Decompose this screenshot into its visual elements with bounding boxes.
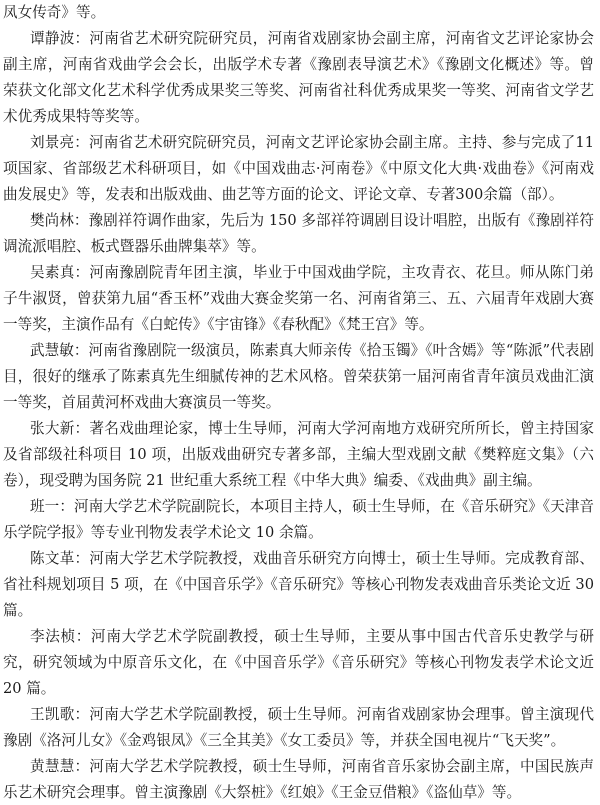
bio-paragraph-tan-jingbo: 谭静波：河南省艺术研究院研究员，河南省戏剧家协会副主席，河南省文艺评论家协会副主… xyxy=(3,26,594,130)
continued-paragraph: 凤女传奇》等。 xyxy=(3,0,594,26)
bio-text: ：河南大学艺术学院副教授，硕士生导师，主要从事中国古代音乐史教学与研究，研究领域… xyxy=(3,628,594,697)
bio-text: ：河南豫剧院青年团主演，毕业于中国戏曲学院，主攻青衣、花旦。师从陈门弟子牛淑贤，… xyxy=(3,264,594,333)
bio-text: ：豫剧祥符调作曲家，先后为 150 多部祥符调剧目设计唱腔，出版有《豫剧祥符调流… xyxy=(3,212,594,255)
bio-name: 刘景亮 xyxy=(30,134,74,151)
bio-paragraph-wu-suzhen: 吴素真：河南豫剧院青年团主演，毕业于中国戏曲学院，主攻青衣、花旦。师从陈门弟子牛… xyxy=(3,260,594,338)
bio-text: ：河南省豫剧院一级演员，陈素真大师亲传《拾玉镯》《叶含嫣》等“陈派”代表剧目，很… xyxy=(3,342,594,411)
bio-name: 樊尚林 xyxy=(30,212,74,229)
bio-name: 黄慧慧 xyxy=(30,758,75,775)
bio-name: 武慧敏 xyxy=(30,342,74,359)
bio-paragraph-wu-huimin: 武慧敏：河南省豫剧院一级演员，陈素真大师亲传《拾玉镯》《叶含嫣》等“陈派”代表剧… xyxy=(3,338,594,416)
bio-name: 班一 xyxy=(30,498,59,515)
bio-name: 李法桢 xyxy=(30,628,76,645)
bio-paragraph-huang-huihui: 黄慧慧：河南大学艺术学院教授，硕士生导师，河南省音乐家协会副主席，中国民族声乐艺… xyxy=(3,754,594,805)
bio-text: ：河南省艺术研究院研究员，河南文艺评论家协会副主席。主持、参与完成了11项国家、… xyxy=(3,134,594,203)
bio-text: ：河南大学艺术学院副院长，本项目主持人，硕士生导师，在《音乐研究》《天津音乐学院… xyxy=(3,498,594,541)
bio-text: ：河南省艺术研究院研究员，河南省戏剧家协会副主席，河南省文艺评论家协会副主席，河… xyxy=(3,30,594,125)
bio-paragraph-zhang-daxin: 张大新：著名戏曲理论家，博士生导师，河南大学河南地方戏研究所所长，曾主持国家及省… xyxy=(3,416,594,494)
bio-paragraph-fan-shanglin: 樊尚林：豫剧祥符调作曲家，先后为 150 多部祥符调剧目设计唱腔，出版有《豫剧祥… xyxy=(3,208,594,260)
bio-name: 谭静波 xyxy=(30,30,75,47)
bio-text: ：著名戏曲理论家，博士生导师，河南大学河南地方戏研究所所长，曾主持国家及省部级社… xyxy=(3,420,594,489)
bio-name: 吴素真 xyxy=(30,264,75,281)
bio-name: 张大新 xyxy=(30,420,75,437)
bio-paragraph-liu-jingliang: 刘景亮：河南省艺术研究院研究员，河南文艺评论家协会副主席。主持、参与完成了11项… xyxy=(3,130,594,208)
bio-text: ：河南大学艺术学院副教授，硕士生导师。河南省戏剧家协会理事。曾主演现代豫剧《洛河… xyxy=(3,706,594,749)
bio-paragraph-li-fazhen: 李法桢：河南大学艺术学院副教授，硕士生导师，主要从事中国古代音乐史教学与研究，研… xyxy=(3,624,594,702)
bio-text: ：河南大学艺术学院教授，硕士生导师，河南省音乐家协会副主席，中国民族声乐艺术研究… xyxy=(3,758,594,801)
bio-paragraph-chen-wenge: 陈文革：河南大学艺术学院教授，戏曲音乐研究方向博士，硕士生导师。完成教育部、省社… xyxy=(3,546,594,624)
bio-name: 陈文革 xyxy=(30,550,75,567)
bio-text: ：河南大学艺术学院教授，戏曲音乐研究方向博士，硕士生导师。完成教育部、省社科规划… xyxy=(3,550,594,619)
bio-paragraph-wang-kaige: 王凯歌：河南大学艺术学院副教授，硕士生导师。河南省戏剧家协会理事。曾主演现代豫剧… xyxy=(3,702,594,754)
document-page: 凤女传奇》等。 谭静波：河南省艺术研究院研究员，河南省戏剧家协会副主席，河南省文… xyxy=(0,0,600,805)
bio-name: 王凯歌 xyxy=(30,706,75,723)
bio-paragraph-ban-yi: 班一：河南大学艺术学院副院长，本项目主持人，硕士生导师，在《音乐研究》《天津音乐… xyxy=(3,494,594,546)
